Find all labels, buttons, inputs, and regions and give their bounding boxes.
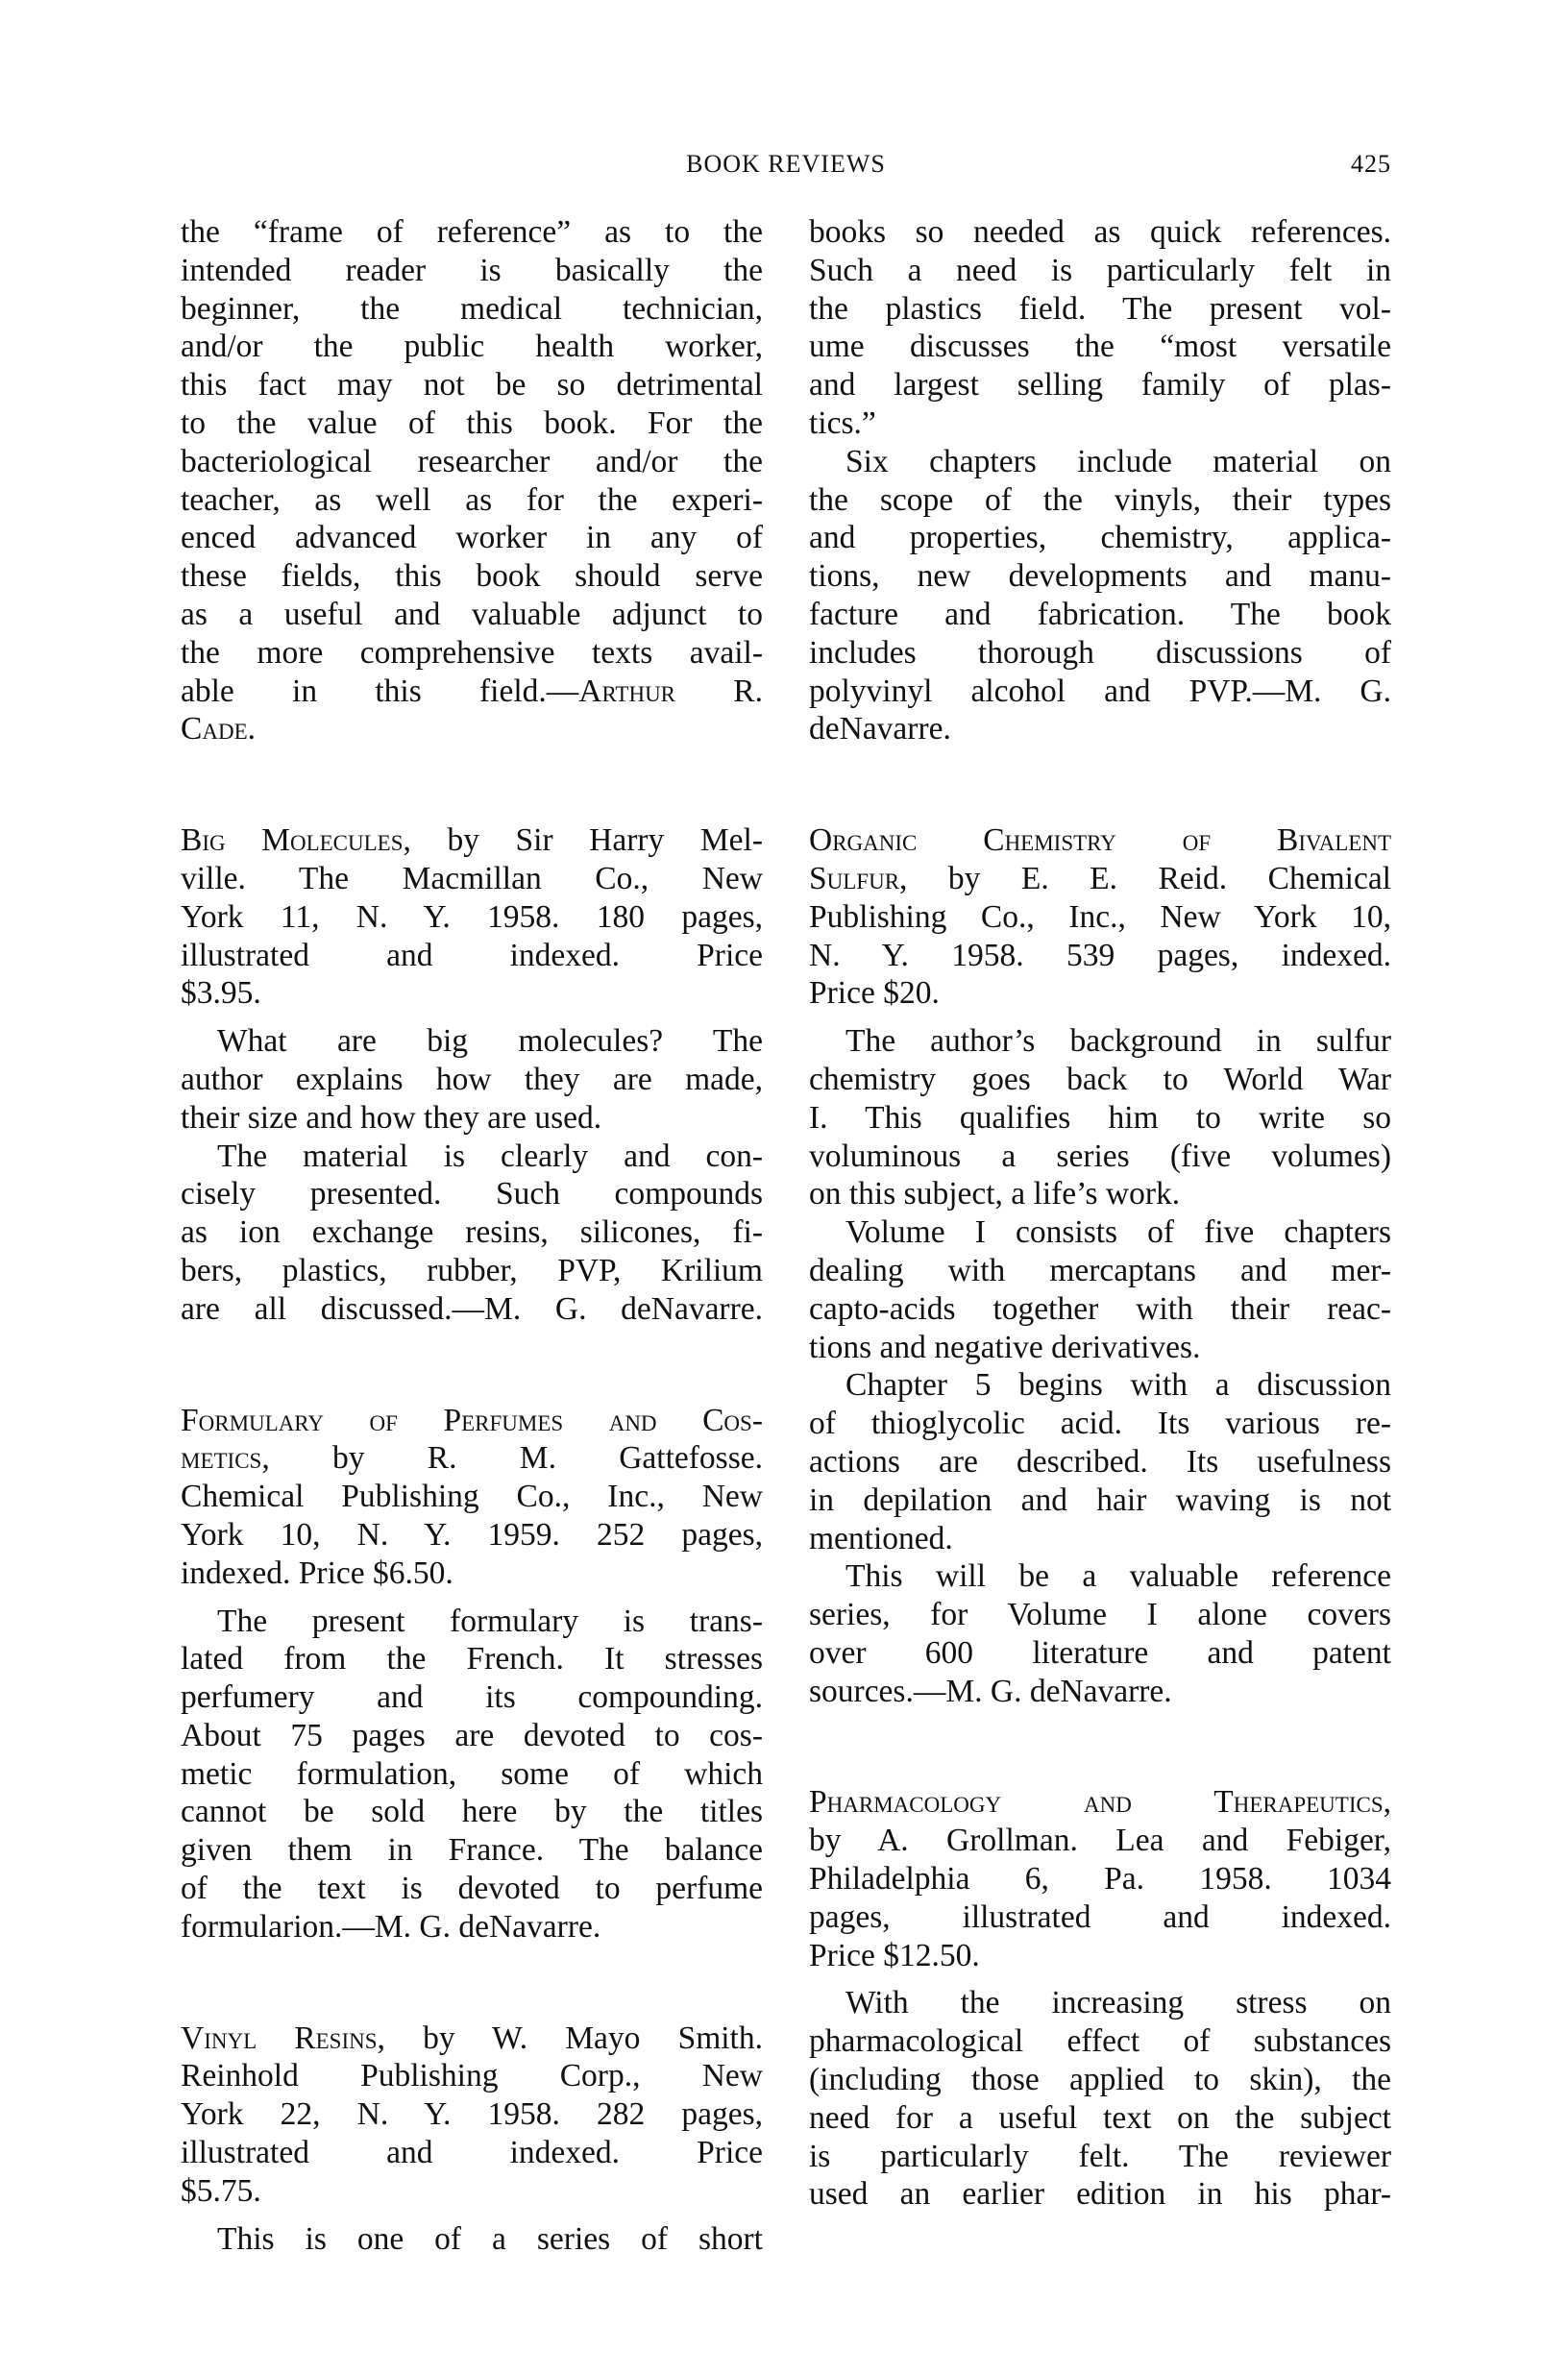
citation-text: , by Sir Harry Mel- [404,822,763,858]
citation-line: illustrated and indexed. Price [181,937,763,975]
text-fragment: able in this field.— [181,673,578,709]
running-head: BOOK REVIEWS 425 [181,144,1391,183]
book-title: Pharmacology and Therapeutics, [809,1783,1391,1822]
review-vinyl-resins: Vinyl Resins, by W. Mayo Smith. Reinhold… [181,2020,763,2259]
reviewer-name: Arthur R. [578,673,763,709]
text-line: author explains how they are made, [181,1061,763,1099]
text-line: beginner, the medical technician, [181,290,763,329]
citation-price: $3.95. [181,974,763,1013]
text-line: Six chapters include material on [809,443,1391,481]
right-column: books so needed as quick references. Suc… [809,213,1391,2214]
text-line: includes thorough discussions of [809,634,1391,673]
text-line: is particularly felt. The reviewer [809,2138,1391,2176]
text-line: This will be a valuable reference [809,1557,1391,1596]
review-organic-chemistry-sulfur: Organic Chemistry of Bivalent Sulfur, by… [809,821,1391,1710]
text-line: these fields, this book should serve [181,557,763,596]
text-line: as a useful and valuable adjunct to [181,596,763,634]
text-line: actions are described. Its usefulness [809,1443,1391,1481]
text-line: of the text is devoted to perfume [181,1870,763,1908]
text-line: tions, new developments and manu- [809,557,1391,596]
text-line: I. This qualifies him to write so [809,1099,1391,1138]
text-line: the “frame of reference” as to the [181,213,763,252]
text-line: in depilation and hair waving is not [809,1481,1391,1520]
text-line: this fact may not be so detrimental [181,366,763,404]
text-line: tions and negative derivatives. [809,1329,1391,1367]
text-line: as ion exchange resins, silicones, fi- [181,1213,763,1252]
text-line: enced advanced worker in any of [181,519,763,557]
text-line: mentioned. [809,1520,1391,1558]
text-line: and properties, chemistry, applica- [809,519,1391,557]
text-line: able in this field.—Arthur R. [181,673,763,711]
text-line: need for a useful text on the subject [809,2099,1391,2138]
text-line: over 600 literature and patent [809,1634,1391,1673]
citation-line: ville. The Macmillan Co., New [181,860,763,898]
text-line: sources.—M. G. deNavarre. [809,1673,1391,1711]
text-line: (including those applied to skin), the [809,2061,1391,2099]
text-line: Such a need is particularly felt in [809,252,1391,290]
book-title: Big Molecules [181,822,404,858]
citation-line: York 11, N. Y. 1958. 180 pages, [181,898,763,937]
text-line: on this subject, a life’s work. [809,1175,1391,1213]
text-line: to the value of this book. For the [181,404,763,443]
citation-line: Reinhold Publishing Corp., New [181,2057,763,2095]
text-line: Volume I consists of five chapters [809,1213,1391,1252]
book-title: metics [181,1440,261,1476]
text-line: formularion.—M. G. deNavarre. [181,1908,763,1947]
text-line: used an earlier edition in his phar- [809,2175,1391,2214]
citation-text: , by W. Mayo Smith. [378,2020,763,2056]
left-column: the “frame of reference” as to the inten… [181,213,763,2258]
text-line: and/or the public health worker, [181,328,763,366]
text-line: pharmacological effect of substances [809,2022,1391,2061]
text-line: given them in France. The balance [181,1831,763,1870]
text-line: capto-acids together with their reac- [809,1290,1391,1329]
book-title: Formulary of Perfumes and Cos- [181,1402,763,1440]
text-line: bers, plastics, rubber, PVP, Krilium [181,1252,763,1290]
citation-price: indexed. Price $6.50. [181,1555,763,1593]
text-line: voluminous a series (five volumes) [809,1138,1391,1176]
review-vinyl-resins-continued: books so needed as quick references. Suc… [809,213,1391,748]
citation-line: York 22, N. Y. 1958. 282 pages, [181,2095,763,2134]
citation-line: Sulfur, by E. E. Reid. Chemical [809,860,1391,898]
text-line: This is one of a series of short [181,2220,763,2259]
text-line: Chapter 5 begins with a discussion [809,1366,1391,1405]
citation-price: Price $12.50. [809,1937,1391,1975]
citation-line: Vinyl Resins, by W. Mayo Smith. [181,2020,763,2058]
text-line: cisely presented. Such compounds [181,1175,763,1213]
citation-line: Philadelphia 6, Pa. 1958. 1034 [809,1860,1391,1898]
text-line: dealing with mercaptans and mer- [809,1252,1391,1290]
citation-text: , by E. E. Reid. Chemical [899,861,1391,896]
text-line: polyvinyl alcohol and PVP.—M. G. [809,673,1391,711]
text-line: facture and fabrication. The book [809,596,1391,634]
citation-line: by A. Grollman. Lea and Febiger, [809,1822,1391,1860]
text-line: The present formulary is trans- [181,1603,763,1641]
text-line: lated from the French. It stresses [181,1640,763,1678]
book-title: Organic Chemistry of Bivalent [809,821,1391,860]
citation-line: pages, illustrated and indexed. [809,1898,1391,1937]
text-line: books so needed as quick references. [809,213,1391,252]
text-line: their size and how they are used. [181,1099,763,1138]
text-line: The author’s background in sulfur [809,1022,1391,1061]
text-line: About 75 pages are devoted to cos- [181,1717,763,1755]
review-continuation: the “frame of reference” as to the inten… [181,213,763,748]
citation-price: $5.75. [181,2172,763,2211]
text-line: deNavarre. [809,710,1391,748]
citation-line: Publishing Co., Inc., New York 10, [809,898,1391,937]
citation-price: Price $20. [809,974,1391,1013]
text-line: series, for Volume I alone covers [809,1596,1391,1634]
citation-line: York 10, N. Y. 1959. 252 pages, [181,1516,763,1555]
text-line: ume discusses the “most versatile [809,328,1391,366]
citation-line: Chemical Publishing Co., Inc., New [181,1478,763,1516]
text-line: metic formulation, some of which [181,1755,763,1794]
text-line: and largest selling family of plas- [809,366,1391,404]
reviewer-name: Cade. [181,710,763,748]
text-line: bacteriological researcher and/or the [181,443,763,481]
text-line: What are big molecules? The [181,1022,763,1061]
text-line: The material is clearly and con- [181,1138,763,1176]
text-line: perfumery and its compounding. [181,1678,763,1717]
page-number: 425 [1351,150,1391,179]
citation-line: metics, by R. M. Gattefosse. [181,1439,763,1478]
citation-line: illustrated and indexed. Price [181,2134,763,2172]
text-line: With the increasing stress on [809,1984,1391,2022]
citation-line: N. Y. 1958. 539 pages, indexed. [809,937,1391,975]
review-pharmacology-therapeutics: Pharmacology and Therapeutics, by A. Gro… [809,1783,1391,2214]
text-line: teacher, as well as for the experi- [181,481,763,520]
text-line: chemistry goes back to World War [809,1061,1391,1099]
text-line: cannot be sold here by the titles [181,1793,763,1831]
review-big-molecules: Big Molecules, by Sir Harry Mel- ville. … [181,821,763,1328]
book-title: Vinyl Resins [181,2020,378,2056]
review-formulary-perfumes: Formulary of Perfumes and Cos- metics, b… [181,1402,763,1947]
citation-text: , by R. M. Gattefosse. [261,1440,763,1476]
text-line: tics.” [809,404,1391,443]
text-line: the more comprehensive texts avail- [181,634,763,673]
citation-line: Big Molecules, by Sir Harry Mel- [181,821,763,860]
text-line: are all discussed.—M. G. deNavarre. [181,1290,763,1329]
text-line: the plastics field. The present vol- [809,290,1391,329]
running-title: BOOK REVIEWS [181,150,1391,179]
text-line: of thioglycolic acid. Its various re- [809,1405,1391,1443]
text-line: intended reader is basically the [181,252,763,290]
book-title: Sulfur [809,861,899,896]
text-line: the scope of the vinyls, their types [809,481,1391,520]
